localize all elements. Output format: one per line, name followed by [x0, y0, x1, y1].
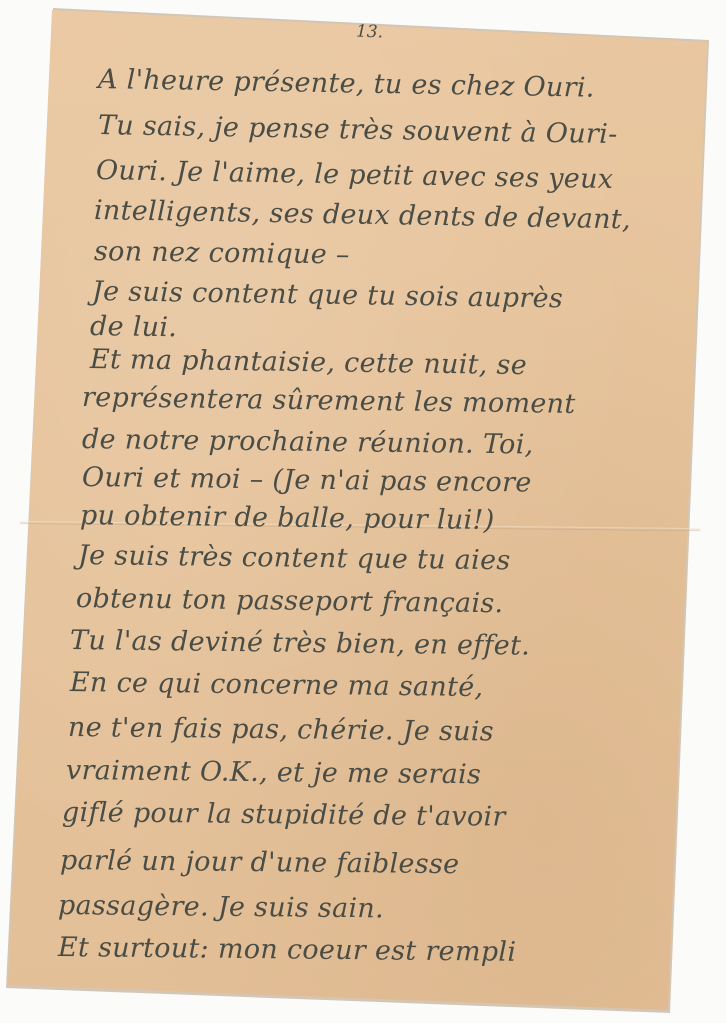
- letter-line: Je suis très content que tu aies: [78, 540, 511, 576]
- letter-line: son nez comique –: [94, 236, 350, 271]
- letter-line: passagère. Je suis sain.: [58, 890, 384, 924]
- letter-line: ne t'en fais pas, chérie. Je suis: [68, 712, 494, 747]
- letter-line: parlé un jour d'une faiblesse: [60, 845, 460, 880]
- letter-line: Tu sais, je pense très souvent à Ouri-: [98, 110, 618, 150]
- letter-line: giflé pour la stupidité de t'avoir: [62, 797, 506, 833]
- letter-line: Ouri et moi – (Je n'ai pas encore: [82, 462, 532, 498]
- letter-line: intelligents, ses deux dents de devant,: [94, 195, 631, 235]
- letter-line: Je suis content que tu sois auprès: [92, 276, 564, 314]
- letter-line: A l'heure présente, tu es chez Ouri.: [98, 64, 595, 104]
- letter-line: pu obtenir de balle, pour lui!): [80, 500, 495, 536]
- letter-line: de notre prochaine réunion. Toi,: [82, 424, 534, 461]
- letter-line: de lui.: [90, 311, 178, 343]
- letter-line: représentera sûrement les moment: [82, 382, 576, 420]
- letter-body: A l'heure présente, tu es chez Ouri. Tu …: [0, 0, 726, 1023]
- letter-line: Et surtout: mon coeur est rempli: [58, 932, 517, 968]
- letter-line: obtenu ton passeport français.: [76, 583, 504, 619]
- letter-line: En ce qui concerne ma santé,: [70, 667, 484, 703]
- letter-line: Et ma phantaisie, cette nuit, se: [90, 344, 527, 381]
- letter-line: Tu l'as deviné très bien, en effet.: [70, 625, 530, 662]
- letter-line: vraiment O.K., et je me serais: [66, 755, 481, 790]
- letter-line: Ouri. Je l'aime, le petit avec ses yeux: [96, 155, 614, 195]
